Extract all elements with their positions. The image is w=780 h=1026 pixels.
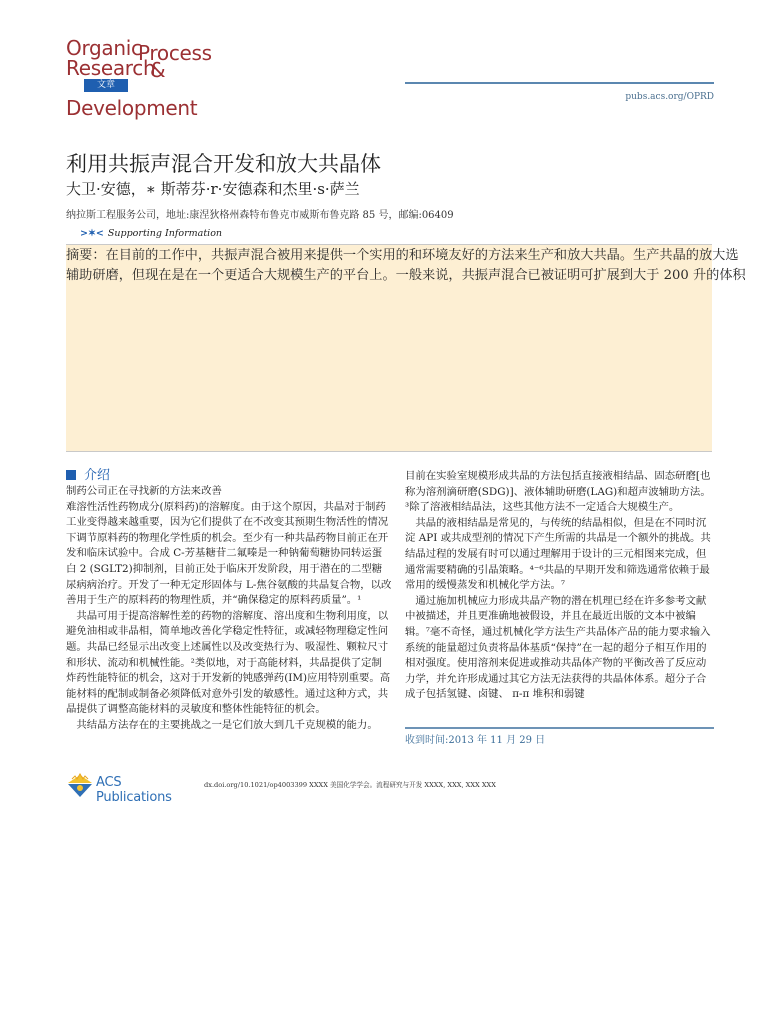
supporting-information-link[interactable]: >✶<Supporting Information — [80, 228, 222, 239]
journal-url[interactable]: pubs.acs.org/OPRD — [625, 92, 714, 102]
logo-ampersand: & — [150, 60, 165, 80]
acs-shield-icon — [66, 771, 94, 799]
paragraph: 共晶的液相结晶是常见的，与传统的结晶相似，但是在不同时沉淀 API 或共成型剂的… — [405, 516, 714, 594]
paragraph: 共结晶方法存在的主要挑战之一是它们放大到几千克规模的能力。 — [66, 718, 392, 734]
paragraph: 共晶可用于提高溶解性差的药物的溶解度、溶出度和生物利用度，以避免油相或非晶相，简… — [66, 609, 392, 718]
acs-publications-text: ACS Publications — [96, 775, 196, 805]
section-heading-introduction: 介绍 — [66, 464, 110, 483]
article-authors: 大卫·安德，∗ 斯蒂芬·r·安德森和杰里·s·萨兰 — [66, 178, 360, 199]
abstract-text: 摘要：在目前的工作中，共振声混合被用来提供一个实用的和环境友好的方法来生产和放大… — [66, 246, 780, 286]
received-rule — [405, 727, 714, 729]
logo-word-research: Research — [66, 58, 155, 78]
header-rule — [405, 82, 714, 84]
abstract-line-2: 辅助研磨，但现在是在一个更适合大规模生产的平台上。一般来说，共振声混合已被证明可… — [66, 266, 780, 286]
supporting-info-icon: >✶< — [80, 228, 104, 239]
paragraph: 通过施加机械应力形成共晶产物的潜在机理已经在许多参考文献中被描述，并且更准确地被… — [405, 594, 714, 703]
section-square-icon — [66, 470, 76, 480]
logo-word-organic: Organic — [66, 38, 142, 58]
paragraph: 制药公司正在寻找新的方法来改善 — [66, 484, 392, 500]
article-type-tag: 文章 — [84, 79, 128, 92]
right-column: 目前在实验室规模形成共晶的方法包括直接液相结晶、固态研磨[也称为溶剂滴研磨(SD… — [405, 469, 714, 703]
article-title: 利用共振声混合开发和放大共晶体 — [66, 148, 381, 178]
paragraph: 目前在实验室规模形成共晶的方法包括直接液相结晶、固态研磨[也称为溶剂滴研磨(SD… — [405, 469, 714, 516]
supporting-info-label: Supporting Information — [108, 228, 222, 239]
acs-publications-logo[interactable]: ACS Publications — [66, 771, 196, 799]
left-column: 制药公司正在寻找新的方法来改善 难溶性活性药物成分(原料药)的溶解度。由于这个原… — [66, 484, 392, 734]
logo-word-development: Development — [66, 98, 197, 118]
paragraph: 难溶性活性药物成分(原料药)的溶解度。由于这个原因，共晶对于制药工业变得越来越重… — [66, 500, 392, 609]
article-affiliation: 纳拉斯工程服务公司，地址:康涅狄格州森特布鲁克市威斯布鲁克路 85 号，邮编:0… — [66, 206, 454, 221]
section-heading-label: 介绍 — [84, 468, 110, 483]
doi-line: dx.doi.org/10.1021/op4003399 XXXX 美国化学学会… — [204, 779, 496, 789]
received-date: 收到时间:2013 年 11 月 29 日 — [405, 731, 545, 746]
journal-logo: Organic Process Research & 文章 Developmen… — [66, 38, 266, 123]
abstract-line-1: 摘要：在目前的工作中，共振声混合被用来提供一个实用的和环境友好的方法来生产和放大… — [66, 246, 780, 266]
